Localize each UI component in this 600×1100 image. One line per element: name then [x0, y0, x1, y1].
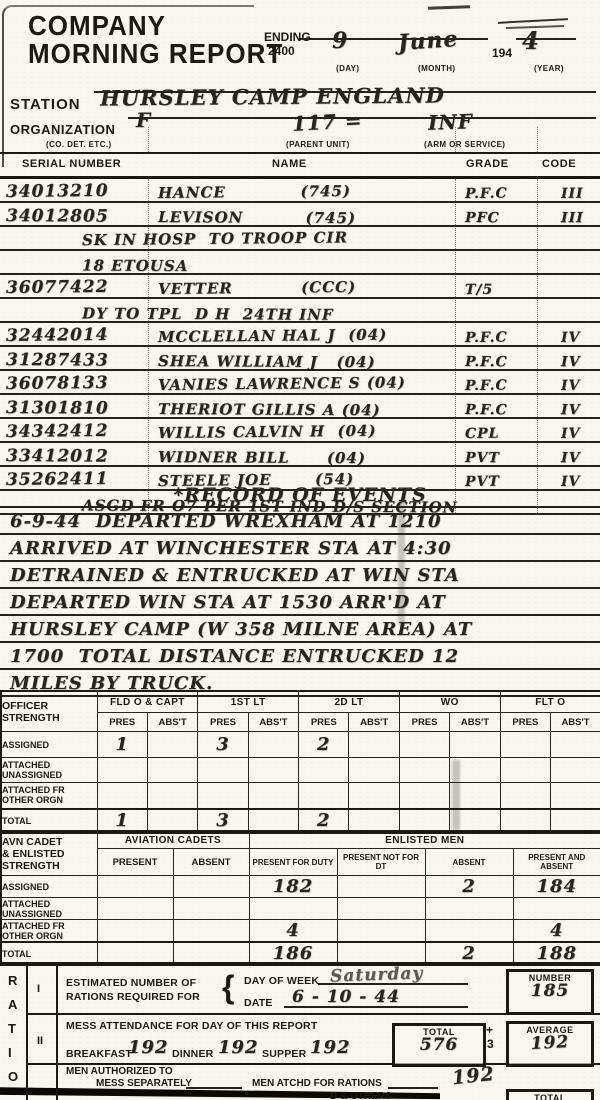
- roster-name: WILLIS CALVIN H (04): [154, 421, 465, 442]
- brace-glyph: {: [222, 969, 234, 1006]
- officer-corner-label: OFFICER STRENGTH: [1, 691, 97, 732]
- enlisted-row: ATTACHED UNASSIGNED: [1, 898, 600, 920]
- enlisted-cell: 4: [513, 920, 600, 943]
- enlisted-subheader: PRESENT NOT FOR DT: [337, 849, 425, 876]
- roster-header-name: NAME: [272, 158, 307, 170]
- roster-header-row: SERIAL NUMBER NAME GRADE CODE: [0, 152, 600, 179]
- station-label: STATION: [10, 96, 81, 113]
- roster-grade: P.F.C: [465, 185, 547, 202]
- officer-cell: [551, 732, 600, 758]
- events-lines: 6-9-44 DEPARTED WREXHAM AT 1210ARRIVED A…: [0, 508, 600, 697]
- roster-code: IV: [547, 377, 600, 394]
- roster-grade: T/5: [465, 281, 547, 298]
- enlisted-group-men: ENLISTED MEN: [249, 831, 600, 849]
- enlisted-row-label: ATTACHED UNASSIGNED: [1, 898, 97, 920]
- event-line: 6-9-44 DEPARTED WREXHAM AT 1210: [0, 508, 600, 535]
- enlisted-cell: [173, 898, 249, 920]
- roster-code: III: [547, 210, 600, 226]
- roster-continuation-text: SK IN HOSP TO TROOP CIR: [0, 228, 348, 250]
- officer-cell: [349, 809, 399, 833]
- officer-cell: [299, 783, 349, 809]
- date-value: 6 - 10 - 44: [292, 987, 400, 1007]
- roster-column-rule: [148, 127, 149, 152]
- rations-est-label-1: ESTIMATED NUMBER OF: [66, 977, 196, 989]
- atchd-label: MEN ATCHD FOR RATIONS: [252, 1078, 382, 1089]
- roster-header-serial: SERIAL NUMBER: [22, 158, 121, 170]
- roster-grade: P.F.C: [465, 402, 547, 418]
- bottom-total-label: TOTAL: [509, 1093, 591, 1100]
- roster-column-rule: [537, 127, 538, 152]
- rations-est-label-2: RATIONS REQUIRED FOR: [66, 991, 200, 1003]
- roster-continuation-text: 18 ETOUSA: [0, 256, 188, 275]
- enlisted-cell: 184: [513, 876, 600, 898]
- enlisted-cell: 4: [249, 920, 337, 943]
- roster-row: SK IN HOSP TO TROOP CIR: [0, 227, 600, 251]
- roster-serial: 34013210: [0, 180, 154, 202]
- roster-code: IV: [547, 329, 600, 346]
- officer-row-label: ATTACHED FR OTHER ORGN: [1, 783, 97, 809]
- officer-cell: [147, 809, 197, 833]
- station-line: [94, 91, 596, 93]
- enlisted-rows: ASSIGNED1822184ATTACHED UNASSIGNEDATTACH…: [1, 876, 600, 966]
- rations-numeral-2: II: [37, 1035, 43, 1047]
- officer-cell: [248, 809, 298, 833]
- day-of-week-line: [318, 983, 468, 985]
- roster-name: THERIOT GILLIS A (04): [154, 400, 465, 420]
- events-title: *RECORD OF EVENTS: [0, 482, 600, 508]
- officer-cell: 1: [97, 732, 147, 758]
- officer-row: ASSIGNED132: [1, 732, 600, 758]
- event-line: HURSLEY CAMP (W 358 MILNE AREA) AT: [0, 616, 600, 643]
- roster-code: IV: [547, 425, 600, 442]
- enlisted-subheader: ABSENT: [173, 849, 249, 876]
- roster-grade: P.F.C: [465, 329, 547, 346]
- dinner-label: DINNER: [172, 1048, 213, 1060]
- officer-row: ATTACHED UNASSIGNED: [1, 758, 600, 783]
- roster-rows: 34013210HANCE (745)P.F.CIII34012805LEVIS…: [0, 179, 600, 515]
- officer-subheader: PRES: [500, 713, 550, 732]
- roster-row: 33412012WIDNER BILL (04)PVTIV: [0, 443, 600, 467]
- rations-side-letter: O: [8, 1069, 18, 1084]
- officer-cell: [500, 732, 550, 758]
- officer-cell: [248, 732, 298, 758]
- enlisted-cell: 2: [425, 876, 513, 898]
- officer-group-fldo: FLD O & CAPT: [97, 691, 198, 713]
- org-parent-label: (PARENT UNIT): [286, 140, 350, 149]
- ending-day-value: 9: [332, 28, 348, 54]
- enlisted-subheader: PRESENT: [97, 849, 173, 876]
- roster-code: IV: [547, 354, 600, 370]
- roster-row: 36078133VANIES LAWRENCE S (04)P.F.CIV: [0, 371, 600, 395]
- others-value: 192: [451, 1063, 496, 1089]
- authorized-label-1: MEN AUTHORIZED TO: [66, 1066, 173, 1077]
- roster-column-rule: [537, 179, 538, 515]
- number-box: NUMBER 185: [506, 969, 594, 1015]
- year-value: 4: [522, 26, 540, 55]
- roster-code: IV: [547, 450, 600, 466]
- rations-side-letter: R: [8, 973, 17, 988]
- officer-row-label: ASSIGNED: [1, 732, 97, 758]
- officer-subheader: ABS'T: [551, 713, 600, 732]
- enlisted-group-header-row: AVN CADET & ENLISTED STRENGTH AVIATION C…: [1, 831, 600, 849]
- enlisted-corner-label: AVN CADET & ENLISTED STRENGTH: [1, 831, 97, 876]
- roster-column-rule: [148, 179, 149, 515]
- roster-serial: 34012805: [0, 206, 154, 227]
- officer-group-1stlt: 1ST LT: [198, 691, 299, 713]
- event-line: ARRIVED AT WINCHESTER STA AT 4:30: [0, 535, 600, 562]
- event-line: DETRAINED & ENTRUCKED AT WIN STA: [0, 562, 600, 589]
- average-box-value: 192: [509, 1033, 592, 1053]
- officer-cell: [500, 758, 550, 783]
- enlisted-row-label: ATTACHED FR OTHER ORGN: [1, 920, 97, 943]
- station-value: HURSLEY CAMP ENGLAND: [100, 82, 445, 110]
- enlisted-cell: [337, 898, 425, 920]
- plus-sign: +: [486, 1023, 493, 1037]
- officer-cell: 1: [97, 809, 147, 833]
- date-label: DATE: [244, 997, 273, 1009]
- roster-column-rule: [455, 127, 456, 152]
- roster-code: IV: [547, 402, 600, 418]
- enlisted-cell: [249, 898, 337, 920]
- divisor: 3: [487, 1037, 494, 1051]
- supper-label: SUPPER: [262, 1048, 306, 1060]
- roster-serial: 32442014: [0, 324, 154, 346]
- officer-cell: 2: [299, 809, 349, 833]
- org-co-label: (CO. DET. ETC.): [46, 140, 112, 149]
- roster-name: HANCE (745): [154, 181, 465, 202]
- enlisted-cell: [513, 898, 600, 920]
- roster-grade: PVT: [465, 450, 547, 466]
- roster-row: 31301810THERIOT GILLIS A (04)P.F.CIV: [0, 395, 600, 419]
- roster-column-rule: [455, 179, 456, 515]
- officer-subheader: ABS'T: [349, 713, 399, 732]
- officer-cell: [450, 783, 500, 809]
- organization-line: [128, 117, 596, 119]
- enlisted-row: ASSIGNED1822184: [1, 876, 600, 898]
- month-label: (MONTH): [418, 64, 455, 73]
- officer-cell: [198, 783, 248, 809]
- officer-cell: [500, 809, 550, 833]
- enlisted-cell: [97, 876, 173, 898]
- roster-serial: 36077422: [0, 276, 154, 298]
- roster-serial: 31301810: [0, 398, 154, 419]
- day-of-week-label: DAY OF WEEK: [244, 975, 319, 987]
- roster-row: DY TO TPL D H 24TH INF: [0, 299, 600, 323]
- officer-subheader: ABS'T: [450, 713, 500, 732]
- officer-subheader: ABS'T: [147, 713, 197, 732]
- officer-cell: [349, 732, 399, 758]
- roster-row: 36077422VETTER (CCC)T/5: [0, 275, 600, 299]
- roster-name: SHEA WILLIAM J (04): [154, 352, 465, 372]
- officer-cell: [399, 783, 449, 809]
- enlisted-subheader: ABSENT: [425, 849, 513, 876]
- officer-cell: [147, 758, 197, 783]
- enlisted-cell: [97, 898, 173, 920]
- officer-group-header-row: OFFICER STRENGTH FLD O & CAPT 1ST LT 2D …: [1, 691, 600, 713]
- officer-cell: [551, 783, 600, 809]
- supper-value: 192: [310, 1037, 351, 1058]
- officer-cell: [500, 783, 550, 809]
- breakfast-label: BREAKFAST: [66, 1048, 132, 1060]
- roster-table: SERIAL NUMBER NAME GRADE CODE 34013210HA…: [0, 152, 600, 515]
- enlisted-group-cadets: AVIATION CADETS: [97, 831, 249, 849]
- roster-header-grade: GRADE: [466, 158, 509, 170]
- roster-row: 32442014MCCLELLAN HAL J (04)P.F.CIV: [0, 323, 600, 347]
- event-line: 1700 TOTAL DISTANCE ENTRUCKED 12: [0, 643, 600, 670]
- roster-continuation-text: DY TO TPL D H 24TH INF: [0, 304, 334, 324]
- officer-group-2dlt: 2D LT: [299, 691, 400, 713]
- organization-label: ORGANIZATION: [10, 122, 115, 137]
- form-title-line1: COMPANY: [28, 12, 166, 40]
- mess-total-value: 576: [395, 1037, 483, 1053]
- rations-numeral-1: I: [37, 983, 40, 995]
- roster-grade: PFC: [465, 210, 547, 226]
- year-label: (YEAR): [534, 64, 564, 73]
- ending-date-line: [300, 38, 488, 40]
- roster-serial: 33412012: [0, 446, 154, 467]
- officer-cell: [349, 758, 399, 783]
- dinner-value: 192: [218, 1037, 259, 1058]
- record-of-events: *RECORD OF EVENTS 6-9-44 DEPARTED WREXHA…: [0, 482, 600, 697]
- officer-subheader: PRES: [299, 713, 349, 732]
- enlisted-cell: [97, 920, 173, 943]
- enlisted-cell: [173, 876, 249, 898]
- officer-cell: [551, 809, 600, 833]
- atchd-line: [388, 1087, 438, 1089]
- enlisted-cell: [425, 898, 513, 920]
- officer-cell: [147, 783, 197, 809]
- year-prefix: 194: [492, 46, 512, 60]
- year-line: [516, 38, 576, 40]
- org-arm-value: INF: [428, 109, 474, 135]
- others-label: D & OTHERS: [330, 1091, 392, 1100]
- officer-cell: [248, 783, 298, 809]
- officer-cell: [97, 758, 147, 783]
- enlisted-subheader: PRESENT FOR DUTY: [249, 849, 337, 876]
- org-parent-value: 117 =: [291, 108, 363, 136]
- officer-cell: 3: [198, 732, 248, 758]
- officer-cell: 2: [299, 732, 349, 758]
- officer-cell: [399, 809, 449, 833]
- officer-cell: [198, 758, 248, 783]
- enlisted-cell: [173, 920, 249, 943]
- officer-cell: [551, 758, 600, 783]
- officer-cell: [299, 758, 349, 783]
- officer-row: ATTACHED FR OTHER ORGN: [1, 783, 600, 809]
- org-arm-label: (ARM OR SERVICE): [424, 140, 505, 149]
- roster-grade: P.F.C: [465, 354, 547, 370]
- officer-cell: [349, 783, 399, 809]
- authorized-line: [186, 1087, 242, 1089]
- roster-name: LEVISON (745): [154, 208, 465, 228]
- enlisted-cell: [337, 876, 425, 898]
- roster-row: 34012805LEVISON (745)PFCIII: [0, 203, 600, 227]
- ending-label: ENDING: [264, 30, 311, 44]
- day-label: (DAY): [336, 64, 359, 73]
- officer-row-label: ATTACHED UNASSIGNED: [1, 758, 97, 783]
- rations-side-letters: RATIO: [0, 965, 28, 1100]
- roster-row: 34342412WILLIS CALVIN H (04)CPLIV: [0, 419, 600, 443]
- number-box-value: 185: [509, 983, 591, 999]
- officer-subheader: PRES: [97, 713, 147, 732]
- roster-name: WIDNER BILL (04): [154, 448, 465, 468]
- officer-cell: [450, 732, 500, 758]
- authorized-label-2: MESS SEPARATELY: [96, 1078, 192, 1089]
- officer-subheader: PRES: [399, 713, 449, 732]
- ending-month-value: June: [397, 26, 459, 56]
- scan-smudge: [498, 18, 568, 24]
- officer-cell: [97, 783, 147, 809]
- enlisted-cell: [425, 920, 513, 943]
- morning-report-page: COMPANY MORNING REPORT ENDING 2400 9 Jun…: [0, 0, 600, 1100]
- officer-cell: [450, 758, 500, 783]
- officer-cell: [248, 758, 298, 783]
- roster-code: III: [547, 185, 600, 202]
- mess-total-box: TOTAL 576: [392, 1023, 486, 1067]
- officer-subheader: ABS'T: [248, 713, 298, 732]
- date-line: [284, 1006, 468, 1008]
- roster-name: VANIES LAWRENCE S (04): [154, 373, 465, 394]
- rations-side-letter: I: [8, 1045, 12, 1060]
- officer-row: TOTAL132: [1, 809, 600, 833]
- officer-strength-table: OFFICER STRENGTH FLD O & CAPT 1ST LT 2D …: [0, 690, 600, 834]
- event-line: DEPARTED WIN STA AT 1530 ARR'D AT: [0, 589, 600, 616]
- roster-row: 31287433SHEA WILLIAM J (04)P.F.CIV: [0, 347, 600, 371]
- rations-numeral-column: I II: [26, 965, 58, 1100]
- officer-cell: [399, 758, 449, 783]
- officer-rows: ASSIGNED132ATTACHED UNASSIGNEDATTACHED F…: [1, 732, 600, 833]
- roster-serial: 31287433: [0, 350, 154, 371]
- rations-side-letter: T: [8, 1021, 16, 1036]
- enlisted-cell: [337, 920, 425, 943]
- mess-attendance-label: MESS ATTENDANCE FOR DAY OF THIS REPORT: [66, 1020, 317, 1032]
- roster-row: 18 ETOUSA: [0, 251, 600, 275]
- roster-serial: 34342412: [0, 420, 154, 442]
- form-title-line2: MORNING REPORT: [28, 40, 283, 68]
- ending-time: 2400: [268, 44, 295, 58]
- roster-grade: CPL: [465, 425, 547, 442]
- scan-smudge: [428, 5, 470, 9]
- officer-row-label: TOTAL: [1, 809, 97, 833]
- roster-code: [547, 297, 600, 298]
- average-box: AVERAGE 192: [506, 1021, 594, 1067]
- enlisted-subheader: PRESENT AND ABSENT: [513, 849, 600, 876]
- officer-subheader: PRES: [198, 713, 248, 732]
- officer-cell: [450, 809, 500, 833]
- officer-cell: [147, 732, 197, 758]
- rations-side-letter: A: [8, 997, 17, 1012]
- enlisted-row: ATTACHED FR OTHER ORGN44: [1, 920, 600, 943]
- roster-header-code: CODE: [542, 158, 576, 170]
- breakfast-value: 192: [128, 1037, 169, 1058]
- roster-name: VETTER (CCC): [154, 277, 465, 298]
- officer-group-flto: FLT O: [500, 691, 600, 713]
- enlisted-strength-table: AVN CADET & ENLISTED STRENGTH AVIATION C…: [0, 830, 600, 966]
- officer-cell: [399, 732, 449, 758]
- roster-serial: 36078133: [0, 372, 154, 394]
- enlisted-row-label: ASSIGNED: [1, 876, 97, 898]
- roster-grade: P.F.C: [465, 377, 547, 394]
- officer-cell: 3: [198, 809, 248, 833]
- enlisted-cell: 182: [249, 876, 337, 898]
- roster-row: 34013210HANCE (745)P.F.CIII: [0, 179, 600, 203]
- rations-section: RATIO I II ESTIMATED NUMBER OF RATIONS R…: [0, 962, 600, 1100]
- roster-name: MCCLELLAN HAL J (04): [154, 325, 465, 346]
- bottom-total-box: TOTAL: [506, 1089, 594, 1100]
- officer-group-wo: WO: [399, 691, 500, 713]
